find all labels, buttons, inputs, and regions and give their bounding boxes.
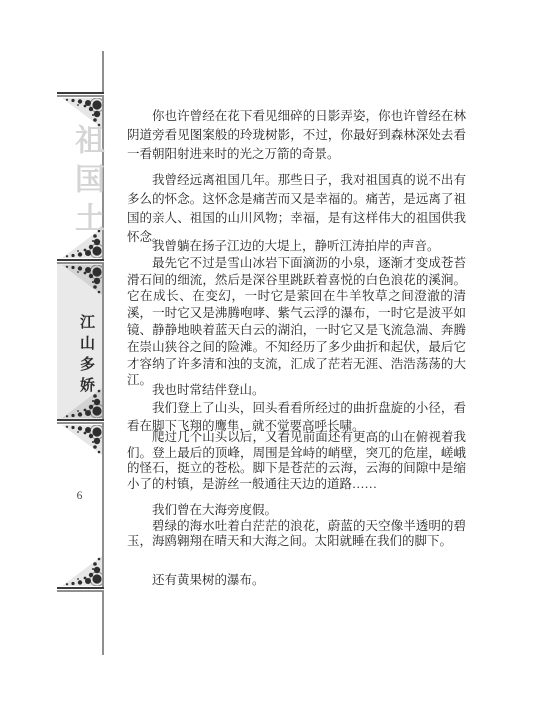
text-group: 爬过几个山头以后，又看见前面还有更高的山在俯视着我们。登上最后的顶峰，周围是耸峙…	[127, 430, 466, 492]
page-number: 6	[57, 490, 102, 502]
lace-corner-ornament-icon	[58, 425, 102, 457]
book-page: 祖国土 江山多娇 6 你也许曾经在花下看见细碎的日影弄姿，你也许曾经在林阴道旁看…	[0, 0, 550, 711]
divider-line	[57, 259, 104, 264]
text-group: 我曾经远离祖国几年。那些日子，我对祖国真的说不出有多么的怀念。这怀念是痛苦而又是…	[127, 171, 466, 247]
paragraph: 碧绿的海水吐着白茫茫的浪花，蔚蓝的天空像半透明的碧玉，海鸥翱翔在晴天和大海之间。…	[127, 519, 466, 550]
paragraph: 最先它不过是雪山冰岩下面滴沥的小泉，逐渐才变成苍苔滑石间的细流，然后是深谷里跳跃…	[127, 255, 466, 389]
paragraph: 我们曾在大海旁度假。	[127, 503, 466, 519]
paragraph: 我曾经远离祖国几年。那些日子，我对祖国真的说不出有多么的怀念。这怀念是痛苦而又是…	[127, 171, 466, 247]
lace-corner-ornament-icon	[58, 265, 102, 297]
paragraph: 还有黄果树的瀑布。	[127, 572, 466, 588]
divider-line	[57, 587, 104, 592]
text-group: 你也许曾经在花下看见细碎的日影弄姿，你也许曾经在林阴道旁看见图案般的玲珑树影，不…	[127, 107, 466, 164]
paragraph: 爬过几个山头以后，又看见前面还有更高的山在俯视着我们。登上最后的顶峰，周围是耸峙…	[127, 430, 466, 492]
text-group: 我曾躺在扬子江边的大堤上，静听江涛拍岸的声音。 最先它不过是雪山冰岩下面滴沥的小…	[127, 238, 466, 389]
text-group: 还有黄果树的瀑布。	[127, 572, 466, 588]
chapter-title-vertical: 江山多娇	[78, 314, 93, 398]
divider-line	[57, 92, 104, 97]
paragraph: 我也时常结伴登山。	[127, 381, 466, 399]
text-group: 我们曾在大海旁度假。 碧绿的海水吐着白茫茫的浪花，蔚蓝的天空像半透明的碧玉，海鸥…	[127, 503, 466, 550]
paragraph: 我曾躺在扬子江边的大堤上，静听江涛拍岸的声音。	[127, 238, 466, 255]
text-group: 我也时常结伴登山。 我们登上了山头，回头看看所经过的曲折盘旋的小径，看看在脚下飞…	[127, 381, 466, 435]
unit-title-vertical: 祖国土	[71, 124, 101, 241]
lace-corner-ornament-icon	[58, 554, 102, 586]
paragraph: 你也许曾经在花下看见细碎的日影弄姿，你也许曾经在林阴道旁看见图案般的玲珑树影，不…	[127, 107, 466, 164]
divider-line	[57, 419, 104, 424]
